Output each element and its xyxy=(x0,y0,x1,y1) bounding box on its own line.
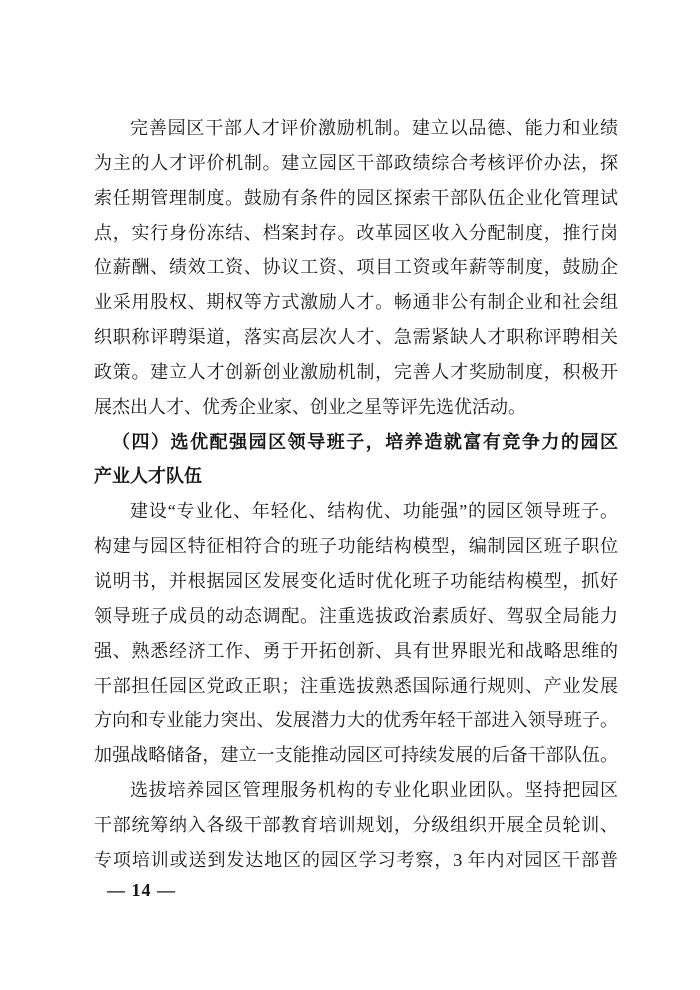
text-line: 强、熟悉经济工作、勇于开拓创新、具有世界眼光和战略思维的 xyxy=(94,634,618,669)
heading-line: 产业人才队伍 xyxy=(94,459,618,494)
page-number: — 14 — xyxy=(107,880,176,900)
text-line: 方向和专业能力突出、发展潜力大的优秀年轻干部进入领导班子。 xyxy=(94,703,618,738)
text-line: 展杰出人才、优秀企业家、创业之星等评先选优活动。 xyxy=(94,390,618,425)
text-line: 位薪酬、绩效工资、协议工资、项目工资或年薪等制度，鼓励企 xyxy=(94,250,618,285)
paragraph: 完善园区干部人才评价激励机制。建立以品德、能力和业绩 为主的人才评价机制。建立园… xyxy=(94,111,618,425)
text-line: 业采用股权、期权等方式激励人才。畅通非公有制企业和社会组 xyxy=(94,285,618,320)
page-footer: — 14 — xyxy=(107,879,176,901)
text-line: 建设“专业化、年轻化、结构优、功能强”的园区领导班子。 xyxy=(94,494,618,529)
text-line: 政策。建立人才创新创业激励机制，完善人才奖励制度，积极开 xyxy=(94,355,618,390)
heading-line: （四）选优配强园区领导班子，培养造就富有竞争力的园区 xyxy=(94,425,618,460)
text-line: 完善园区干部人才评价激励机制。建立以品德、能力和业绩 xyxy=(94,111,618,146)
text-line: 加强战略储备，建立一支能推动园区可持续发展的后备干部队伍。 xyxy=(94,738,618,773)
paragraph: 选拔培养园区管理服务机构的专业化职业团队。坚持把园区 干部统筹纳入各级干部教育培… xyxy=(94,773,618,878)
document-page: 完善园区干部人才评价激励机制。建立以品德、能力和业绩 为主的人才评价机制。建立园… xyxy=(0,0,700,990)
body-text: 完善园区干部人才评价激励机制。建立以品德、能力和业绩 为主的人才评价机制。建立园… xyxy=(94,111,618,878)
text-line: 点，实行身份冻结、档案封存。改革园区收入分配制度，推行岗 xyxy=(94,216,618,251)
text-line: 专项培训或送到发达地区的园区学习考察，3 年内对园区干部普 xyxy=(94,843,618,878)
text-line: 说明书，并根据园区发展变化适时优化班子功能结构模型，抓好 xyxy=(94,564,618,599)
paragraph: 建设“专业化、年轻化、结构优、功能强”的园区领导班子。 构建与园区特征相符合的班… xyxy=(94,494,618,773)
text-line: 干部统筹纳入各级干部教育培训规划，分级组织开展全员轮训、 xyxy=(94,808,618,843)
text-line: 领导班子成员的动态调配。注重选拔政治素质好、驾驭全局能力 xyxy=(94,599,618,634)
text-line: 干部担任园区党政正职；注重选拔熟悉国际通行规则、产业发展 xyxy=(94,669,618,704)
text-line: 构建与园区特征相符合的班子功能结构模型，编制园区班子职位 xyxy=(94,529,618,564)
text-line: 织职称评聘渠道，落实高层次人才、急需紧缺人才职称评聘相关 xyxy=(94,320,618,355)
section-heading: （四）选优配强园区领导班子，培养造就富有竞争力的园区 产业人才队伍 xyxy=(94,425,618,495)
text-line: 为主的人才评价机制。建立园区干部政绩综合考核评价办法，探 xyxy=(94,146,618,181)
text-line: 选拔培养园区管理服务机构的专业化职业团队。坚持把园区 xyxy=(94,773,618,808)
text-line: 索任期管理制度。鼓励有条件的园区探索干部队伍企业化管理试 xyxy=(94,181,618,216)
